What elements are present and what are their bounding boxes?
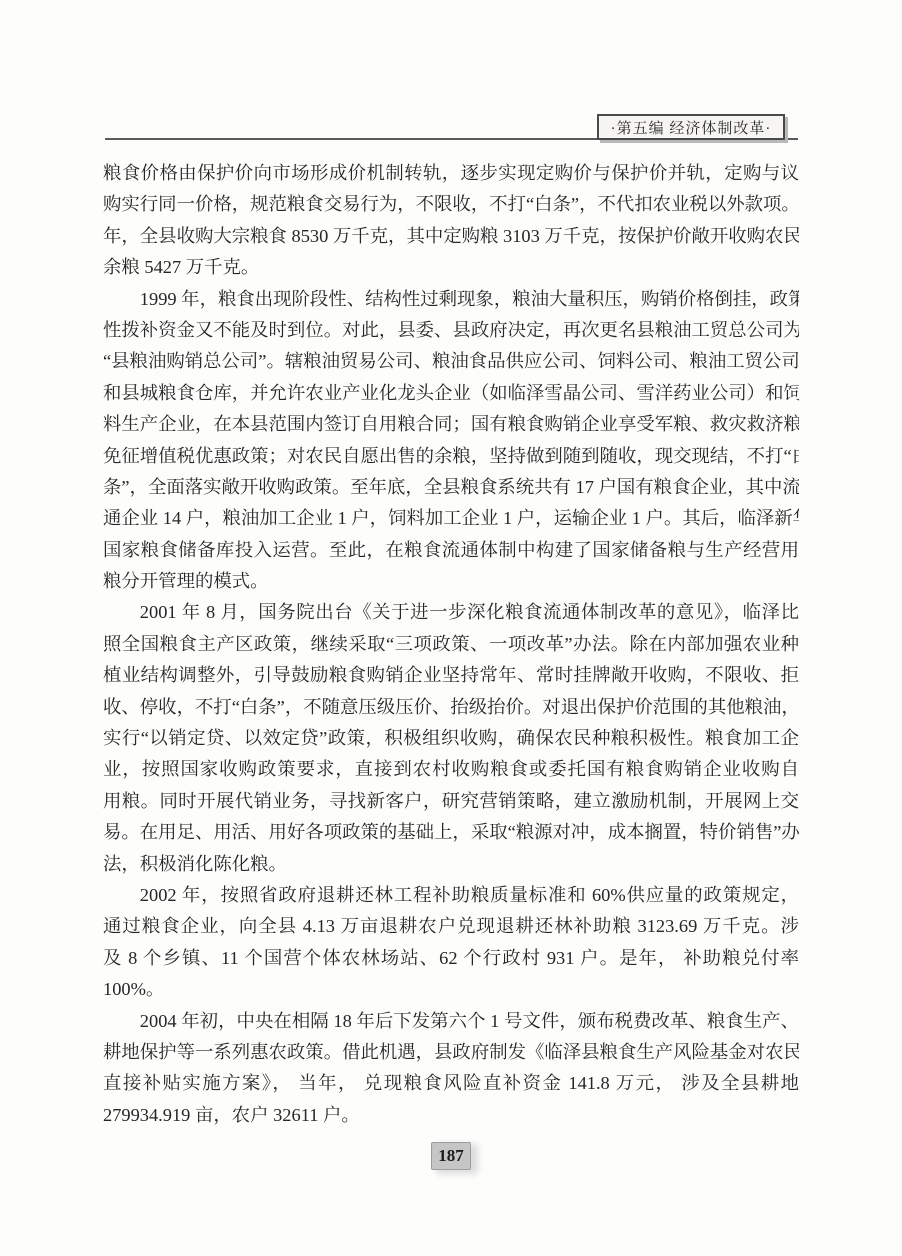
text-line: 实行“以销定贷、以效定贷”政策，积极组织收购，确保农民种粮积极性。粮食加工企 — [103, 723, 799, 754]
page-number-badge: 187 — [431, 1142, 471, 1170]
paragraph: 1999 年，粮食出现阶段性、结构性过剩现象，粮油大量积压，购销价格倒挂，政策 … — [103, 284, 799, 598]
paragraph: 2004 年初，中央在相隔 18 年后下发第六个 1 号文件，颁布税费改革、粮食… — [103, 1006, 799, 1132]
text-line: “县粮油购销总公司”。辖粮油贸易公司、粮油食品供应公司、饲料公司、粮油工贸公司 — [103, 346, 799, 377]
text-line: 通过粮食企业，向全县 4.13 万亩退耕农户兑现退耕还林补助粮 3123.69 … — [103, 911, 799, 942]
paragraph: 2002 年，按照省政府退耕还林工程补助粮质量标准和 60%供应量的政策规定， … — [103, 880, 799, 1006]
text-line: 耕地保护等一系列惠农政策。借此机遇，县政府制发《临泽县粮食生产风险基金对农民 — [103, 1037, 799, 1068]
chapter-header-box: ·第五编 经济体制改革· — [597, 114, 785, 140]
text-line: 及 8 个乡镇、11 个国营个体农林场站、62 个行政村 931 户。是年， 补… — [103, 943, 799, 974]
text-line: 年，全县收购大宗粮食 8530 万千克，其中定购粮 3103 万千克，按保护价敞… — [103, 221, 799, 252]
text-line: 通企业 14 户，粮油加工企业 1 户，饲料加工企业 1 户，运输企业 1 户。… — [103, 503, 799, 534]
paragraph: 粮食价格由保护价向市场形成价机制转轨，逐步实现定购价与保护价并轨，定购与议 购实… — [103, 158, 799, 284]
text-line: 照全国粮食主产区政策，继续采取“三项政策、一项改革”办法。除在内部加强农业种 — [103, 629, 799, 660]
text-line: 直接补贴实施方案》， 当年， 兑现粮食风险直补资金 141.8 万元， 涉及全县… — [103, 1068, 799, 1099]
text-line: 免征增值税优惠政策；对农民自愿出售的余粮，坚持做到随到随收，现交现结，不打“白 — [103, 441, 799, 472]
text-line: 用粮。同时开展代销业务，寻找新客户，研究营销策略，建立激励机制，开展网上交 — [103, 786, 799, 817]
text-line: 国家粮食储备库投入运营。至此，在粮食流通体制中构建了国家储备粮与生产经营用 — [103, 535, 799, 566]
text-line: 条”，全面落实敞开收购政策。至年底，全县粮食系统共有 17 户国有粮食企业，其中… — [103, 472, 799, 503]
body-text: 粮食价格由保护价向市场形成价机制转轨，逐步实现定购价与保护价并轨，定购与议 购实… — [103, 158, 799, 1131]
chapter-header-label: ·第五编 经济体制改革· — [611, 117, 772, 138]
paragraph: 2001 年 8 月，国务院出台《关于进一步深化粮食流通体制改革的意见》，临泽比… — [103, 597, 799, 880]
text-line: 性拨补资金又不能及时到位。对此，县委、县政府决定，再次更名县粮油工贸总公司为 — [103, 315, 799, 346]
text-line: 料生产企业，在本县范围内签订自用粮合同；国有粮食购销企业享受军粮、救灾救济粮 — [103, 409, 799, 440]
text-line: 和县城粮食仓库，并允许农业产业化龙头企业（如临泽雪晶公司、雪洋药业公司）和饲 — [103, 378, 799, 409]
text-line: 余粮 5427 万千克。 — [103, 252, 799, 283]
text-line: 植业结构调整外，引导鼓励粮食购销企业坚持常年、常时挂牌敞开收购，不限收、拒 — [103, 660, 799, 691]
text-line: 2004 年初，中央在相隔 18 年后下发第六个 1 号文件，颁布税费改革、粮食… — [103, 1006, 799, 1037]
text-line: 收、停收，不打“白条”，不随意压级压价、抬级抬价。对退出保护价范围的其他粮油， — [103, 692, 799, 723]
page-number-label: 187 — [438, 1146, 464, 1166]
text-line: 1999 年，粮食出现阶段性、结构性过剩现象，粮油大量积压，购销价格倒挂，政策 — [103, 284, 799, 315]
scanned-book-page: ·第五编 经济体制改革· 粮食价格由保护价向市场形成价机制转轨，逐步实现定购价与… — [0, 0, 902, 1256]
text-line: 2001 年 8 月，国务院出台《关于进一步深化粮食流通体制改革的意见》，临泽比 — [103, 597, 799, 628]
text-line: 粮食价格由保护价向市场形成价机制转轨，逐步实现定购价与保护价并轨，定购与议 — [103, 158, 799, 189]
text-line: 购实行同一价格，规范粮食交易行为，不限收，不打“白条”，不代扣农业税以外款项。是 — [103, 189, 799, 220]
text-line: 100%。 — [103, 974, 799, 1005]
text-line: 2002 年，按照省政府退耕还林工程补助粮质量标准和 60%供应量的政策规定， — [103, 880, 799, 911]
text-line: 法，积极消化陈化粮。 — [103, 849, 799, 880]
text-line: 业，按照国家收购政策要求，直接到农村收购粮食或委托国有粮食购销企业收购自 — [103, 754, 799, 785]
text-line: 279934.919 亩，农户 32611 户。 — [103, 1100, 799, 1131]
text-line: 易。在用足、用活、用好各项政策的基础上，采取“粮源对冲，成本搁置，特价销售”办 — [103, 817, 799, 848]
text-line: 粮分开管理的模式。 — [103, 566, 799, 597]
